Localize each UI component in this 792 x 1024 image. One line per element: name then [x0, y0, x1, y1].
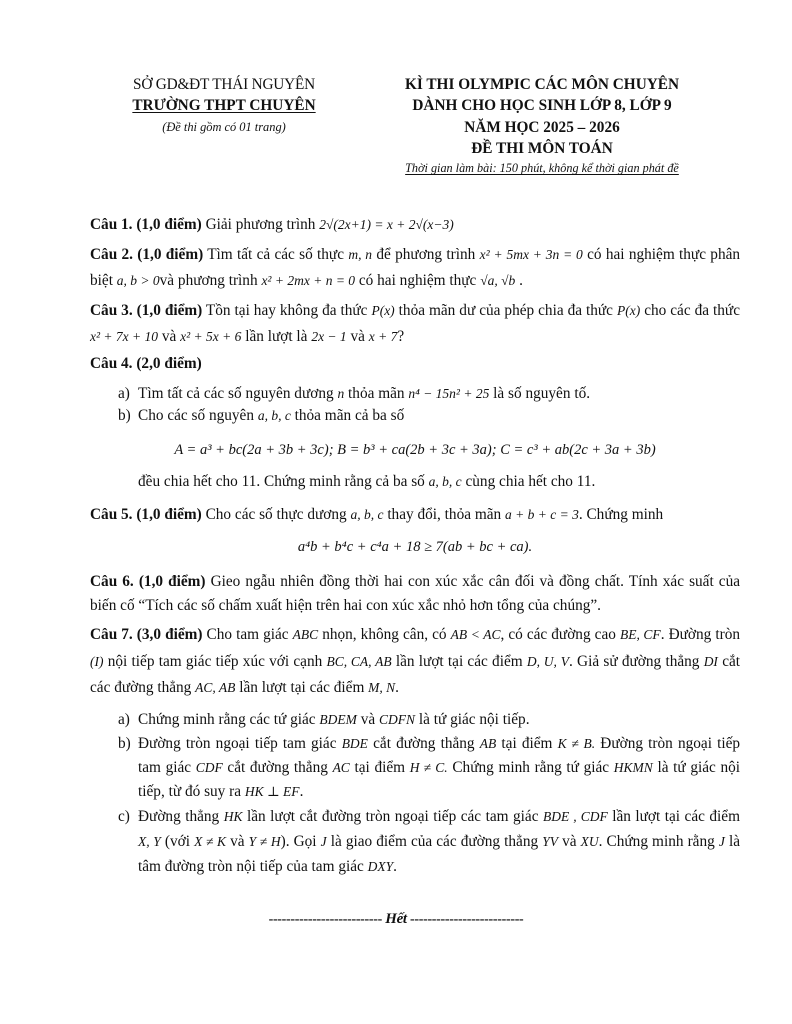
math-var: YV [542, 834, 558, 849]
question-text: thỏa mãn cả ba số [295, 407, 405, 424]
subject-title: ĐỀ THI MÔN TOÁN [372, 138, 712, 159]
question-text: Tồn tại hay không đa thức [206, 302, 368, 319]
question-label: Câu 7. (3,0 điểm) [90, 626, 202, 643]
question-text: thay đổi, thỏa mãn [387, 506, 501, 523]
condition: a + b + c = 3 [505, 507, 579, 522]
question-text: cho các đa thức [644, 302, 740, 319]
math-var: a, b, c [350, 507, 383, 522]
expression: n⁴ − 15n² + 25 [408, 386, 489, 401]
divisor: x² + 5x + 6 [180, 329, 241, 344]
time-allowed: Thời gian làm bài: 150 phút, không kể th… [372, 159, 712, 177]
math-var: X ≠ K [194, 834, 226, 849]
math-var: a, b, c [429, 474, 462, 489]
question-text: là tứ giác nội tiếp. [419, 711, 530, 728]
question-2: Câu 2. (1,0 điểm) Tìm tất cả các số thực… [90, 242, 740, 295]
math-var: AC, AB [195, 680, 235, 695]
question-7: Câu 7. (3,0 điểm) Cho tam giác ABC nhọn,… [90, 622, 740, 702]
question-4: Câu 4. (2,0 điểm) [90, 351, 740, 378]
question-text: ). Gọi [281, 833, 317, 850]
question-4a: a) Tìm tất cả các số nguyên dương n thỏa… [90, 383, 740, 405]
question-text: lần lượt tại các điểm [239, 679, 364, 696]
remainder: x + 7 [369, 329, 398, 344]
question-text: Đường tròn ngoại tiếp tam giác [138, 735, 337, 752]
question-text: và phương trình [160, 272, 258, 289]
math-var: J [321, 834, 327, 849]
math-var: D, U, V [527, 654, 569, 669]
question-text: . Giả sử đường thẳng [569, 653, 699, 670]
question-label: Câu 6. (1,0 điểm) [90, 573, 206, 590]
math-var: a, b > 0 [117, 273, 160, 288]
formula-abc: A = a³ + bc(2a + 3b + 3c); B = b³ + ca(2… [90, 435, 740, 465]
math-var: K ≠ B. [558, 736, 595, 751]
math-var: HKMN [614, 760, 653, 775]
header-right: KÌ THI OLYMPIC CÁC MÔN CHUYÊN DÀNH CHO H… [372, 74, 712, 177]
divisor: x² + 7x + 10 [90, 329, 158, 344]
math-var: CDFN [379, 712, 415, 727]
question-1: Câu 1. (1,0 điểm) Giải phương trình 2√(2… [90, 212, 740, 239]
question-7b: b) Đường tròn ngoại tiếp tam giác BDE cắ… [90, 732, 740, 804]
question-text: . Chứng minh [579, 506, 663, 523]
question-label: Câu 1. (1,0 điểm) [90, 216, 202, 233]
question-text: . Đường tròn [661, 626, 740, 643]
inequality-formula: a⁴b + b⁴c + c⁴a + 18 ≥ 7(ab + bc + ca). [298, 539, 532, 555]
question-text: và [562, 833, 576, 850]
question-text: Chứng minh rằng tứ giác [452, 759, 609, 776]
punct: . [395, 679, 399, 696]
department-name: SỞ GD&ĐT THÁI NGUYÊN [108, 74, 340, 96]
question-text: là giao điểm của các đường thẳng [331, 833, 538, 850]
math-var: BE, CF [620, 627, 661, 642]
math-var: BDE [342, 736, 368, 751]
question-text: thỏa mãn dư của phép chia đa thức [399, 302, 613, 319]
question-label: Câu 2. (1,0 điểm) [90, 246, 203, 263]
remainder: 2x − 1 [311, 329, 346, 344]
punct: . [393, 858, 397, 875]
math-roots: √a, √b [480, 273, 515, 288]
math-var: AB [480, 736, 497, 751]
polynomial: P(x) [617, 303, 640, 318]
question-text: lần lượt tại các điểm [396, 653, 523, 670]
math-var: Y ≠ H [249, 834, 281, 849]
question-text: tại điểm [355, 759, 406, 776]
end-word: Hết [385, 911, 407, 927]
question-text: và [230, 833, 244, 850]
question-7a: a) Chứng minh rằng các tứ giác BDEM và C… [90, 708, 740, 732]
question-4b-cont: đều chia hết cho 11. Chứng minh rằng cả … [90, 469, 740, 496]
question-text: Cho các số thực dương [206, 506, 347, 523]
math-var: n [337, 386, 344, 401]
question-7c: c) Đường thẳng HK lần lượt cắt đường trò… [90, 804, 740, 879]
part-marker: a) [118, 383, 130, 405]
divider-dashes: -------------------------- [269, 912, 382, 927]
equation: x² + 5mx + 3n = 0 [480, 247, 583, 262]
question-text: để phương trình [376, 246, 475, 263]
math-var: BC, CA, AB [327, 654, 392, 669]
question-6: Câu 6. (1,0 điểm) Gieo ngẫu nhiên đồng t… [90, 570, 740, 618]
part-marker: a) [118, 708, 130, 732]
question-text: Tìm tất cả các số thực [207, 246, 344, 263]
question-text: cắt đường thẳng [373, 735, 474, 752]
exam-page: SỞ GD&ĐT THÁI NGUYÊN TRƯỜNG THPT CHUYÊN … [0, 0, 792, 1024]
punct: . [300, 783, 304, 800]
question-text: cắt đường thẳng [227, 759, 327, 776]
question-text: . Chứng minh rằng [599, 833, 715, 850]
question-text: nội tiếp tam giác tiếp xúc với cạnh [108, 653, 323, 670]
exam-title-line1: KÌ THI OLYMPIC CÁC MÔN CHUYÊN [372, 74, 712, 95]
polynomial: P(x) [371, 303, 394, 318]
page-count-note: (Đề thi gồm có 01 trang) [108, 116, 340, 138]
math-var: J [719, 834, 725, 849]
question-text: là số nguyên tố. [493, 385, 590, 402]
question-text: cùng chia hết cho 11. [465, 473, 595, 490]
school-name: TRƯỜNG THPT CHUYÊN [108, 96, 340, 116]
divider-dashes: -------------------------- [410, 912, 523, 927]
question-label: Câu 4. (2,0 điểm) [90, 355, 202, 372]
math-var: H ≠ C. [410, 760, 448, 775]
math-var: X, Y [138, 834, 161, 849]
question-label: Câu 3. (1,0 điểm) [90, 302, 202, 319]
question-text: và [162, 328, 176, 345]
question-label: Câu 5. (1,0 điểm) [90, 506, 202, 523]
part-marker: b) [118, 732, 131, 756]
question-text: lần lượt cắt đường tròn ngoại tiếp các t… [247, 808, 539, 825]
math-var: AB < AC [451, 627, 501, 642]
question-text: tại điểm [501, 735, 552, 752]
math-var: CDF [196, 760, 223, 775]
question-text: nhọn, không cân, có [322, 626, 446, 643]
math-var: ABC [293, 627, 319, 642]
question-text: Cho các số nguyên [138, 407, 254, 424]
math-var: XU [581, 834, 599, 849]
question-text: và [351, 328, 365, 345]
end-marker: -------------------------- Hết ---------… [0, 911, 792, 928]
inequality: a⁴b + b⁴c + c⁴a + 18 ≥ 7(ab + bc + ca). [90, 532, 740, 562]
question-text: Tìm tất cả các số nguyên dương [138, 385, 334, 402]
question-text: Giải phương trình [206, 216, 316, 233]
question-text: Cho tam giác [207, 626, 289, 643]
math-var: HK [224, 809, 243, 824]
formula: A = a³ + bc(2a + 3b + 3c); B = b³ + ca(2… [174, 442, 655, 458]
question-text: Chứng minh rằng các tứ giác [138, 711, 316, 728]
punct: ? [397, 328, 404, 345]
math-var: M, N [368, 680, 395, 695]
part-marker: b) [118, 405, 131, 427]
question-4b: b) Cho các số nguyên a, b, c thỏa mãn cả… [90, 405, 740, 427]
part-marker: c) [118, 804, 130, 829]
question-5: Câu 5. (1,0 điểm) Cho các số thực dương … [90, 502, 740, 529]
question-text: và [361, 711, 375, 728]
question-text: lần lượt là [245, 328, 307, 345]
questions-body: Câu 1. (1,0 điểm) Giải phương trình 2√(2… [90, 212, 740, 879]
math-var: m, n [348, 247, 372, 262]
math-var: a, b, c [258, 408, 291, 423]
math-var: (I) [90, 654, 104, 669]
punct: . [519, 272, 523, 289]
question-text: thỏa mãn [348, 385, 405, 402]
header-left: SỞ GD&ĐT THÁI NGUYÊN TRƯỜNG THPT CHUYÊN … [108, 74, 340, 138]
math-var: AC [333, 760, 350, 775]
question-text: , có các đường cao [500, 626, 615, 643]
equation: x² + 2mx + n = 0 [261, 273, 355, 288]
question-3: Câu 3. (1,0 điểm) Tồn tại hay không đa t… [90, 298, 740, 351]
math-var: DXY [368, 859, 394, 874]
school-year: NĂM HỌC 2025 – 2026 [372, 117, 712, 138]
question-text: lần lượt tại các điểm [612, 808, 740, 825]
math-var: BDE , CDF [543, 809, 608, 824]
equation: 2√(2x+1) = x + 2√(x−3) [319, 217, 453, 232]
math-var: BDEM [319, 712, 357, 727]
math-var: HK ⊥ EF [245, 784, 300, 799]
question-text: Đường thẳng [138, 808, 219, 825]
question-text: có hai nghiệm thực [359, 272, 476, 289]
question-text: đều chia hết cho 11. Chứng minh rằng cả … [138, 473, 425, 490]
exam-title-line2: DÀNH CHO HỌC SINH LỚP 8, LỚP 9 [372, 95, 712, 116]
question-text: (với [165, 833, 190, 850]
math-var: DI [704, 654, 718, 669]
